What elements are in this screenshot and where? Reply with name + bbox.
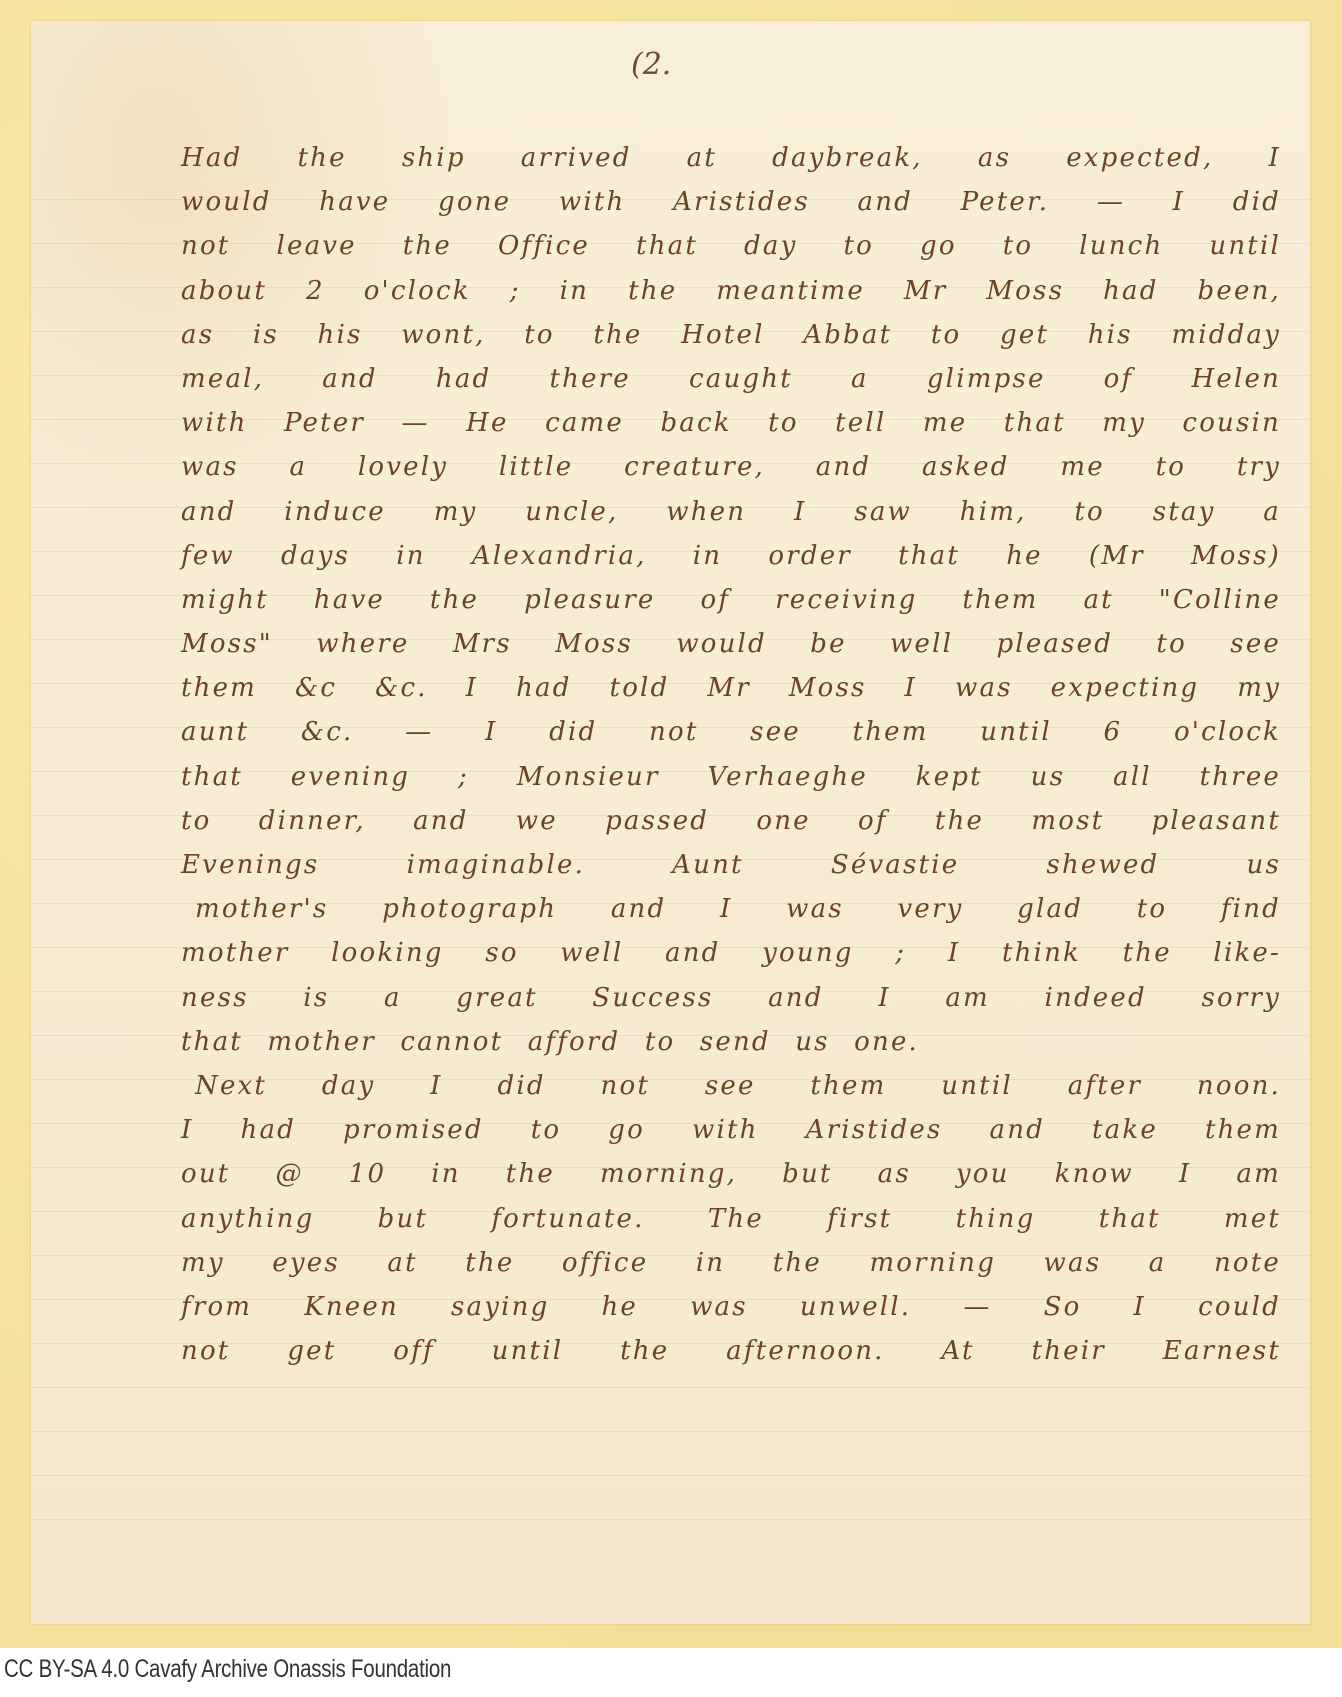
letter-line: not leave the Office that day to go to l… bbox=[181, 224, 1281, 268]
letter-line: was a lovely little creature, and asked … bbox=[181, 445, 1281, 489]
letter-line: aunt &c. — I did not see them until 6 o'… bbox=[181, 710, 1281, 754]
letter-line: that evening ; Monsieur Verhaeghe kept u… bbox=[181, 755, 1281, 799]
letter-line: Moss" where Mrs Moss would be well pleas… bbox=[181, 622, 1281, 666]
ruled-line bbox=[31, 1387, 1310, 1388]
letter-line: Had the ship arrived at daybreak, as exp… bbox=[181, 136, 1281, 180]
license-caption: CC BY-SA 4.0 Cavafy Archive Onassis Foun… bbox=[4, 1655, 451, 1684]
letter-line: mother looking so well and young ; I thi… bbox=[181, 931, 1281, 975]
letter-line: them &c &c. I had told Mr Moss I was exp… bbox=[181, 666, 1281, 710]
letter-line: about 2 o'clock ; in the meantime Mr Mos… bbox=[181, 269, 1281, 313]
letter-line: to dinner, and we passed one of the most… bbox=[181, 799, 1281, 843]
ruled-line bbox=[31, 1431, 1310, 1432]
letter-line: not get off until the afternoon. At thei… bbox=[181, 1329, 1281, 1373]
letter-line: would have gone with Aristides and Peter… bbox=[181, 180, 1281, 224]
letter-line: Evenings imaginable. Aunt Sévastie shewe… bbox=[181, 843, 1281, 887]
letter-line: and induce my uncle, when I saw him, to … bbox=[181, 490, 1281, 534]
ruled-line bbox=[31, 1519, 1310, 1520]
letter-line: I had promised to go with Aristides and … bbox=[181, 1108, 1281, 1152]
letter-line: ness is a great Success and I am indeed … bbox=[181, 976, 1281, 1020]
letter-line: anything but fortunate. The first thing … bbox=[181, 1197, 1281, 1241]
letter-line: might have the pleasure of receiving the… bbox=[181, 578, 1281, 622]
letter-line: as is his wont, to the Hotel Abbat to ge… bbox=[181, 313, 1281, 357]
letter-line: Next day I did not see them until after … bbox=[181, 1064, 1281, 1108]
letter-line: that mother cannot afford to send us one… bbox=[181, 1020, 1281, 1064]
letter-line: few days in Alexandria, in order that he… bbox=[181, 534, 1281, 578]
letter-line: out @ 10 in the morning, but as you know… bbox=[181, 1152, 1281, 1196]
ruled-line bbox=[31, 1475, 1310, 1476]
letter-body: Had the ship arrived at daybreak, as exp… bbox=[181, 136, 1281, 1373]
letter-line: my eyes at the office in the morning was… bbox=[181, 1241, 1281, 1285]
page-number: (2. bbox=[631, 47, 671, 82]
letter-line: mother's photograph and I was very glad … bbox=[181, 887, 1281, 931]
letter-line: meal, and had there caught a glimpse of … bbox=[181, 357, 1281, 401]
letter-sheet: (2. Had the ship arrived at daybreak, as… bbox=[31, 21, 1310, 1624]
archive-mount-background: (2. Had the ship arrived at daybreak, as… bbox=[0, 0, 1342, 1648]
letter-line: from Kneen saying he was unwell. — So I … bbox=[181, 1285, 1281, 1329]
letter-line: with Peter — He came back to tell me tha… bbox=[181, 401, 1281, 445]
